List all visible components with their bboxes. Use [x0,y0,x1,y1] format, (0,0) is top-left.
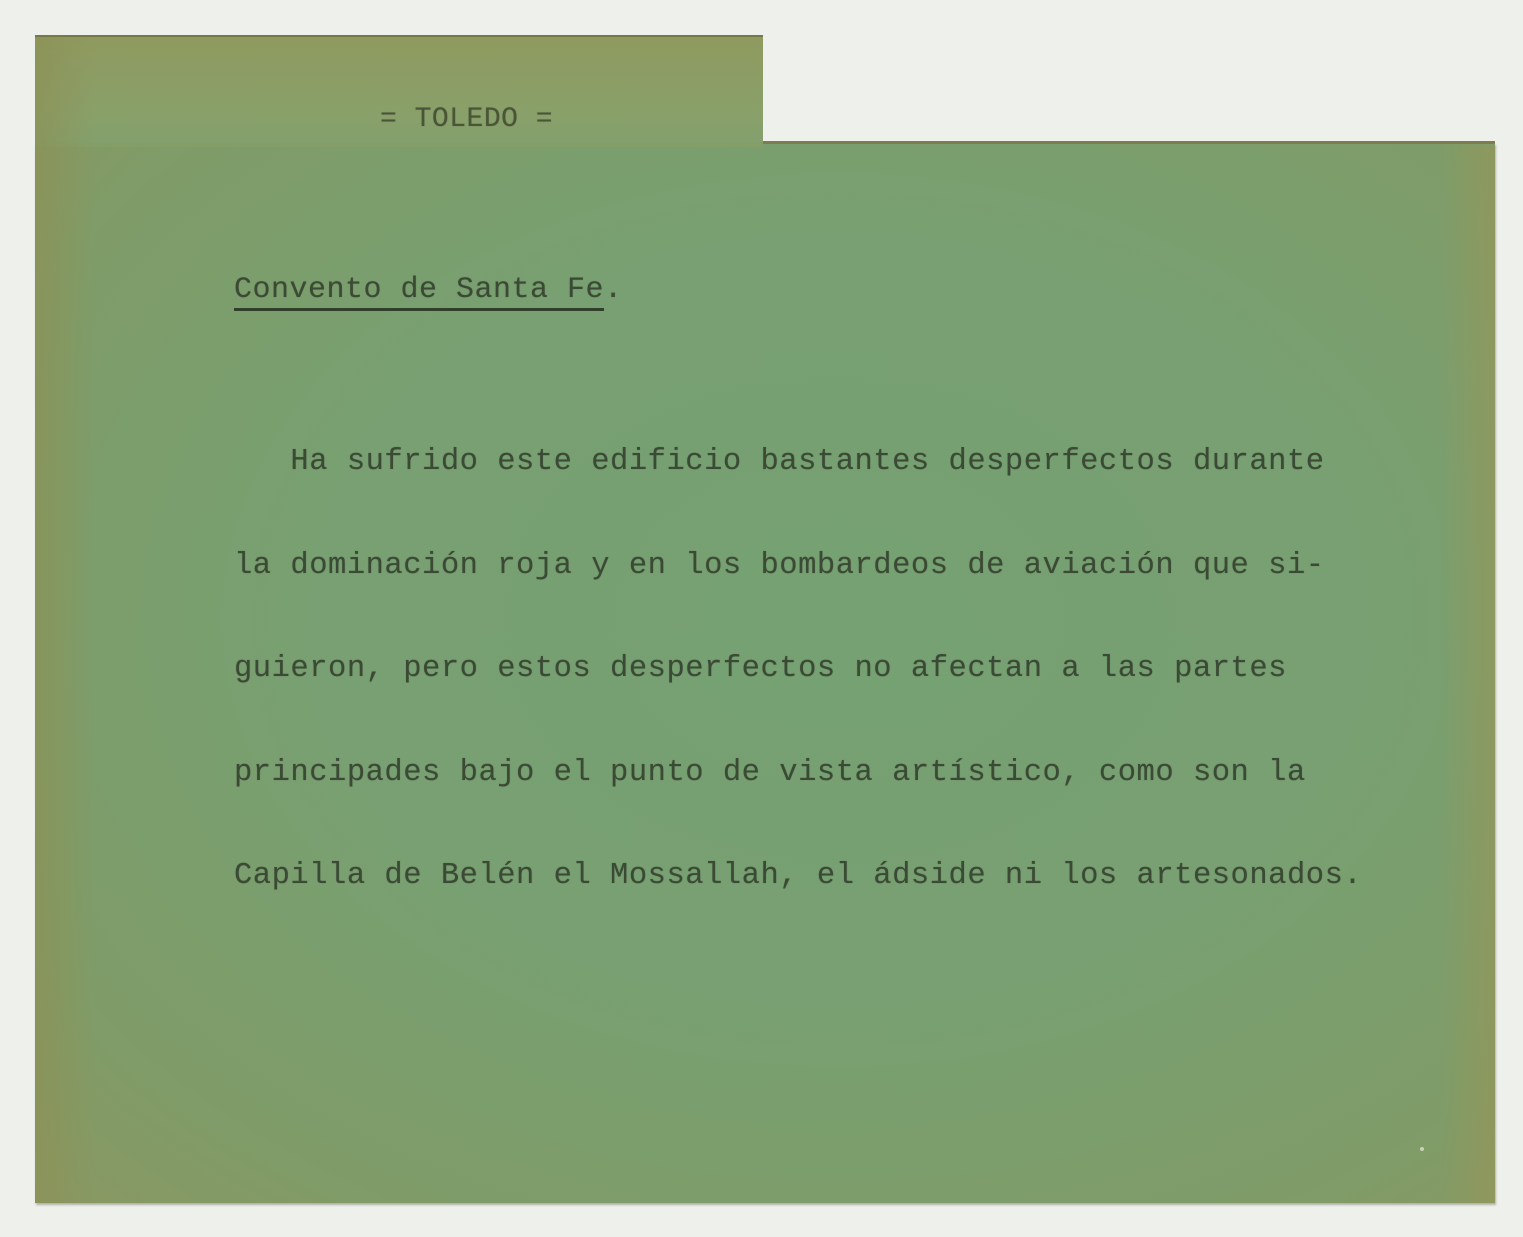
entry-title: Convento de Santa Fe. [234,272,623,308]
body-line: Ha sufrido este edificio bastantes despe… [234,445,1362,480]
body-line: Capilla de Belén el Mossallah, el ádside… [234,859,1362,894]
body-line: la dominación roja y en los bombardeos d… [234,549,1362,584]
entry-title-text: Convento de Santa Fe [234,273,604,311]
entry-title-period: . [604,273,623,307]
paper-speck [1420,1147,1424,1151]
card-top-edge [763,141,1495,144]
card-right-edge [1440,145,1495,1203]
body-line: guieron, pero estos desperfectos no afec… [234,652,1362,687]
scanned-page: = TOLEDO = Convento de Santa Fe. Ha sufr… [0,0,1523,1237]
card-left-edge [35,37,95,1203]
city-header: = TOLEDO = [380,102,553,138]
body-line: principades bajo el punto de vista artís… [234,756,1362,791]
entry-body: Ha sufrido este edificio bastantes despe… [234,376,1362,963]
